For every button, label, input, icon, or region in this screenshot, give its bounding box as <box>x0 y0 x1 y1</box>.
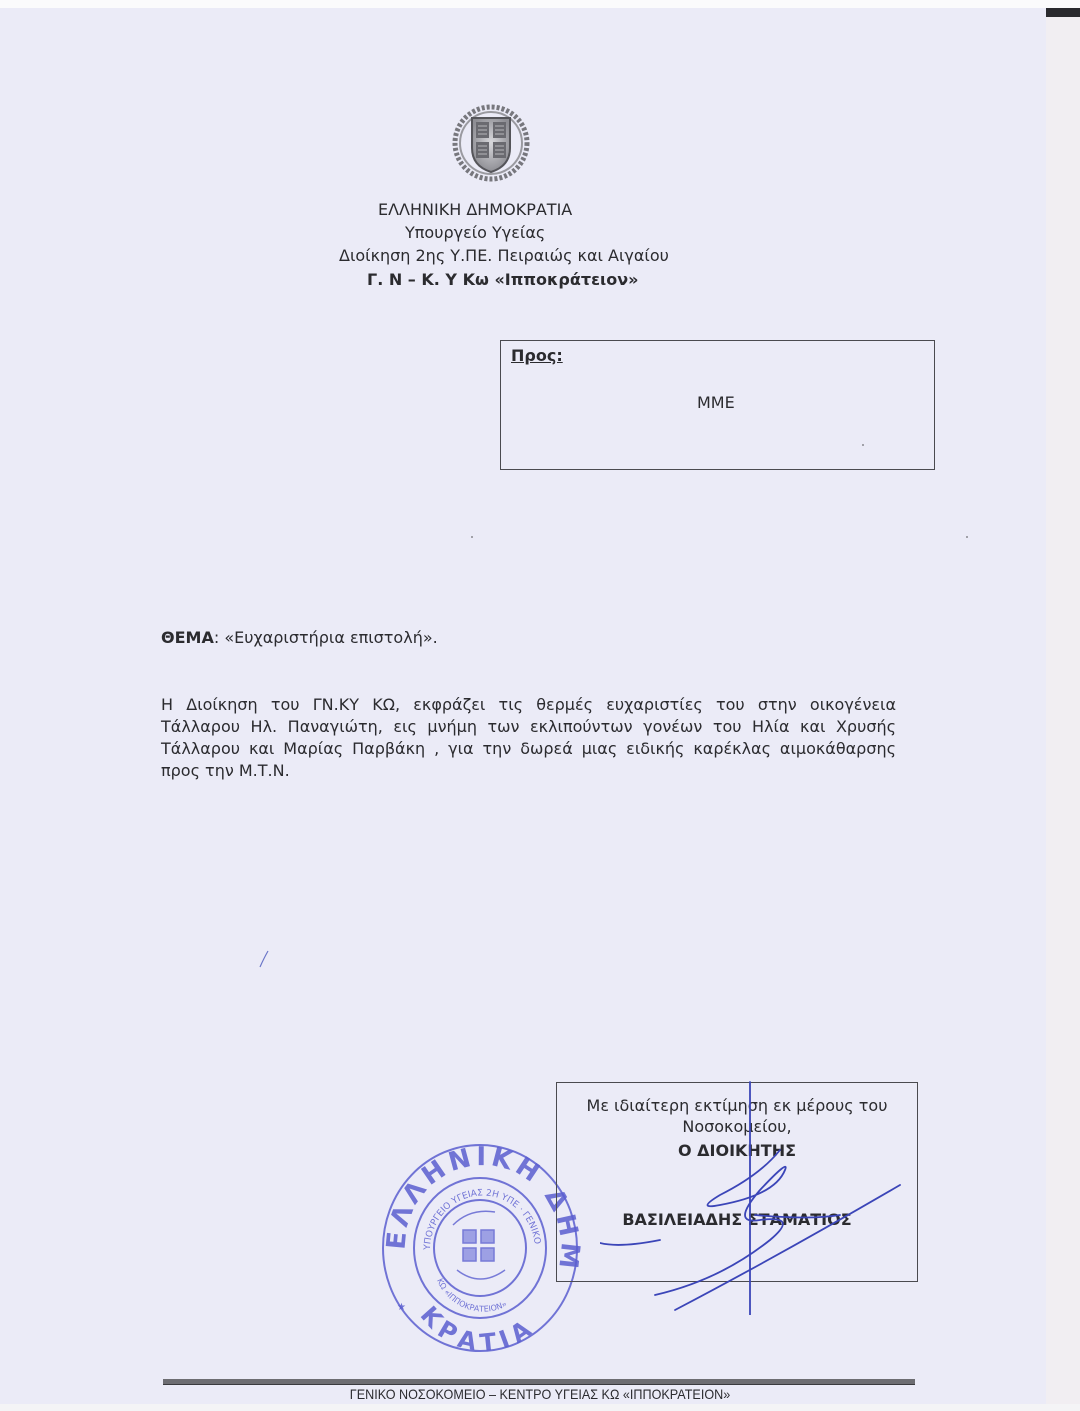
body-line: Τάλλαρου Ηλ. Παναγιώτη, εις μνήμη των εκ… <box>161 716 896 738</box>
body-line: προς την Μ.Τ.Ν. <box>161 760 896 782</box>
closing-line-1: Με ιδιαίτερη εκτίμηση εκ μέρους του <box>557 1095 917 1116</box>
recipient-label: Προς: <box>511 346 563 365</box>
letterhead-hospital: Γ. Ν – Κ. Υ Κω «Ιπποκράτειον» <box>367 268 638 291</box>
subject-label: ΘΕΜΑ <box>161 628 214 647</box>
scan-right-edge <box>1046 8 1080 1411</box>
recipient-box: Προς: ΜΜΕ <box>500 340 935 470</box>
svg-text:ΕΛΛΗΝΙΚΗ ΔΗΜΟ: ΕΛΛΗΝΙΚΗ ΔΗΜΟ <box>375 1130 585 1274</box>
subject-value: «Ευχαριστήρια επιστολή». <box>224 628 437 647</box>
scan-top-margin <box>0 0 1080 8</box>
scan-edge-shadow <box>1046 8 1080 17</box>
signatory-name: ΒΑΣΙΛΕΙΑΔΗΣ ΣΤΑΜΑΤΙΟΣ <box>557 1210 917 1229</box>
greek-coat-of-arms-icon <box>452 104 530 182</box>
subject-separator: : <box>214 628 224 647</box>
letterhead-administration: Διοίκηση 2ης Υ.ΠΕ. Πειραιώς και Αιγαίου <box>339 244 669 267</box>
body-line: Η Διοίκηση του ΓΝ.ΚΥ ΚΩ, εκφράζει τις θε… <box>161 694 896 716</box>
closing-remark: Με ιδιαίτερη εκτίμηση εκ μέρους του Νοσο… <box>557 1095 917 1137</box>
letter-body: Η Διοίκηση του ΓΝ.ΚΥ ΚΩ, εκφράζει τις θε… <box>161 694 896 782</box>
letterhead-ministry: Υπουργείο Υγείας <box>405 221 545 244</box>
scan-speck <box>471 536 473 538</box>
scan-speck <box>966 536 968 538</box>
recipient-value: ΜΜΕ <box>697 393 735 412</box>
footer-text: ΓΕΝΙΚΟ ΝΟΣΟΚΟΜΕΙΟ – ΚΕΝΤΡΟ ΥΓΕΙΑΣ ΚΩ «ΙΠ… <box>54 1386 1026 1402</box>
scan-pen-mark <box>259 950 269 968</box>
body-line: Τάλλαρου και Μαρίας Παρβάκη , για την δω… <box>161 738 896 760</box>
signatory-role: Ο ΔΙΟΙΚΗΤΗΣ <box>557 1141 917 1160</box>
official-round-stamp-icon: ΕΛΛΗΝΙΚΗ ΔΗΜΟ ΚΡΑΤΙΑ ΥΠΟΥΡΓΕΙΟ ΥΓΕΙΑΣ 2Η… <box>375 1130 585 1360</box>
subject-line: ΘΕΜΑ: «Ευχαριστήρια επιστολή». <box>161 628 438 647</box>
letterhead-republic: ΕΛΛΗΝΙΚΗ ΔΗΜΟΚΡΑΤΙΑ <box>378 198 572 221</box>
svg-text:★: ★ <box>397 1302 406 1313</box>
scan-speck <box>862 444 864 446</box>
footer-divider <box>163 1379 915 1385</box>
signature-block: Με ιδιαίτερη εκτίμηση εκ μέρους του Νοσο… <box>556 1082 918 1282</box>
scan-bottom-margin <box>0 1404 1080 1411</box>
closing-line-2: Νοσοκομείου, <box>557 1116 917 1137</box>
